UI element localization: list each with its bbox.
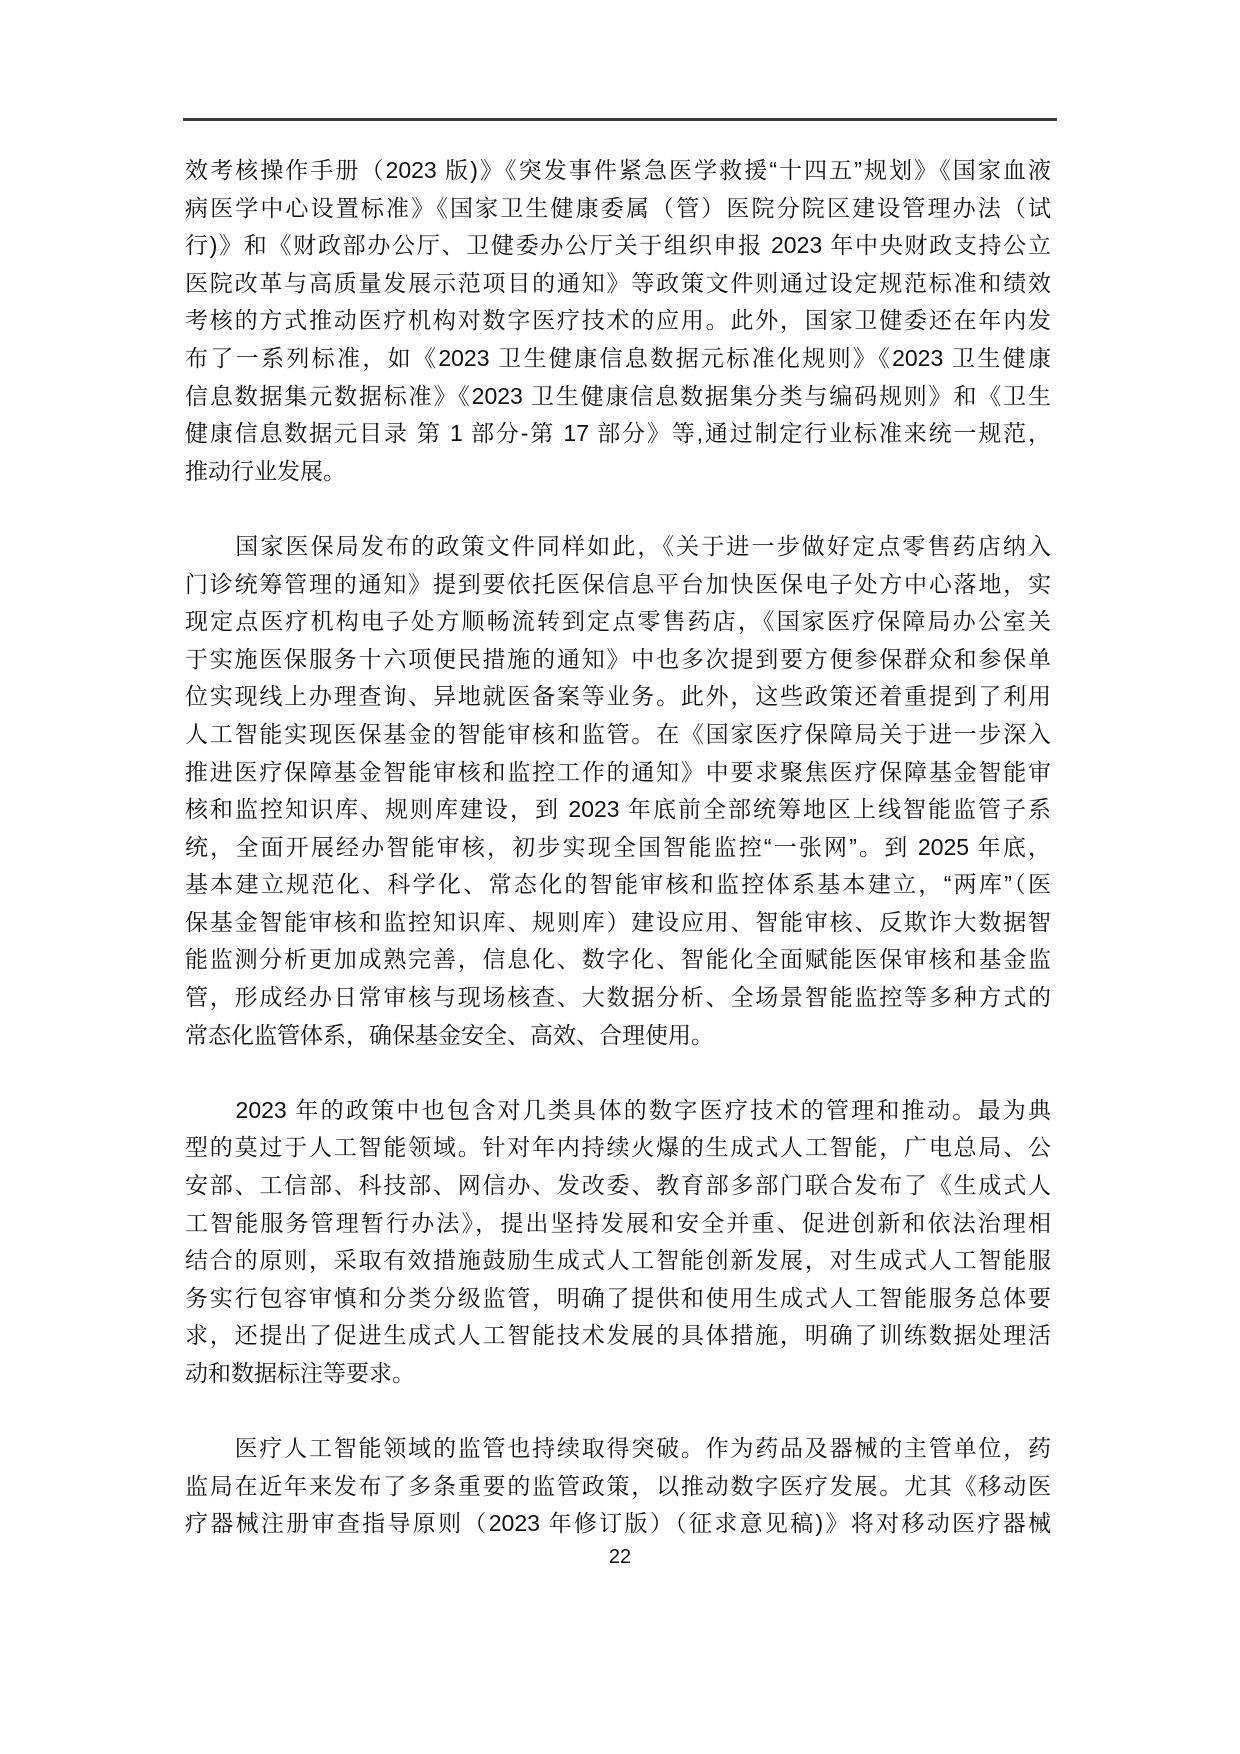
paragraph: 国家医保局发布的政策文件同样如此，《关于进一步做好定点零售药店纳入门诊统筹管理的… — [185, 528, 1051, 1054]
text-line: 健康信息数据元目录 第 1 部分-第 17 部分》等,通过制定行业标准来统一规范… — [185, 415, 1051, 453]
text-line: 人工智能实现医保基金的智能审核和监管。在《国家医疗保障局关于进一步深入 — [185, 716, 1051, 754]
text-line: 2023 年的政策中也包含对几类具体的数字医疗技术的管理和推动。最为典 — [185, 1092, 1051, 1130]
page-number: 22 — [0, 1544, 1240, 1570]
text-line: 疗器械注册审查指导原则（2023 年修订版）（征求意见稿)》将对移动医疗器械 — [185, 1505, 1051, 1543]
text-line: 推进医疗保障基金智能审核和监控工作的通知》中要求聚焦医疗保障基金智能审 — [185, 754, 1051, 792]
text-line: 型的莫过于人工智能领域。针对年内持续火爆的生成式人工智能，广电总局、公 — [185, 1129, 1051, 1167]
header-rule — [183, 118, 1057, 121]
text-line: 医院改革与高质量发展示范项目的通知》等政策文件则通过设定规范标准和绩效 — [185, 265, 1051, 303]
text-line: 常态化监管体系，确保基金安全、高效、合理使用。 — [185, 1017, 1051, 1055]
text-line: 求，还提出了促进生成式人工智能技术发展的具体措施，明确了训练数据处理活 — [185, 1317, 1051, 1355]
paragraph: 医疗人工智能领域的监管也持续取得突破。作为药品及器械的主管单位，药监局在近年来发… — [185, 1430, 1051, 1543]
text-line: 考核的方式推动医疗机构对数字医疗技术的应用。此外，国家卫健委还在年内发 — [185, 302, 1051, 340]
text-line: 门诊统筹管理的通知》提到要依托医保信息平台加快医保电子处方中心落地，实 — [185, 566, 1051, 604]
text-line: 行)》和《财政部办公厅、卫健委办公厅关于组织申报 2023 年中央财政支持公立 — [185, 227, 1051, 265]
paragraph: 效考核操作手册（2023 版)》《突发事件紧急医学救援“十四五”规划》《国家血液… — [185, 152, 1051, 490]
text-line: 工智能服务管理暂行办法》，提出坚持发展和安全并重、促进创新和依法治理相 — [185, 1205, 1051, 1243]
text-line: 基本建立规范化、科学化、常态化的智能审核和监控体系基本建立，“两库”（医 — [185, 866, 1051, 904]
text-line: 病医学中心设置标准》《国家卫生健康委属（管）医院分院区建设管理办法（试 — [185, 190, 1051, 228]
document-page: 效考核操作手册（2023 版)》《突发事件紧急医学救援“十四五”规划》《国家血液… — [0, 0, 1240, 1754]
text-line: 国家医保局发布的政策文件同样如此，《关于进一步做好定点零售药店纳入 — [185, 528, 1051, 566]
text-line: 务实行包容审慎和分类分级监管，明确了提供和使用生成式人工智能服务总体要 — [185, 1280, 1051, 1318]
text-line: 安部、工信部、科技部、网信办、发改委、教育部多部门联合发布了《生成式人 — [185, 1167, 1051, 1205]
text-line: 效考核操作手册（2023 版)》《突发事件紧急医学救援“十四五”规划》《国家血液 — [185, 152, 1051, 190]
text-line: 结合的原则，采取有效措施鼓励生成式人工智能创新发展，对生成式人工智能服 — [185, 1242, 1051, 1280]
text-line: 信息数据集元数据标准》《2023 卫生健康信息数据集分类与编码规则》和《卫生 — [185, 378, 1051, 416]
text-line: 保基金智能审核和监控知识库、规则库）建设应用、智能审核、反欺诈大数据智 — [185, 904, 1051, 942]
text-line: 位实现线上办理查询、异地就医备案等业务。此外，这些政策还着重提到了利用 — [185, 678, 1051, 716]
text-line: 于实施医保服务十六项便民措施的通知》中也多次提到要方便参保群众和参保单 — [185, 641, 1051, 679]
text-line: 推动行业发展。 — [185, 453, 1051, 491]
text-line: 动和数据标注等要求。 — [185, 1355, 1051, 1393]
text-line: 医疗人工智能领域的监管也持续取得突破。作为药品及器械的主管单位，药 — [185, 1430, 1051, 1468]
text-line: 统，全面开展经办智能审核，初步实现全国智能监控“一张网”。到 2025 年底， — [185, 829, 1051, 867]
text-line: 监局在近年来发布了多条重要的监管政策，以推动数字医疗发展。尤其《移动医 — [185, 1468, 1051, 1506]
text-line: 核和监控知识库、规则库建设，到 2023 年底前全部统筹地区上线智能监管子系 — [185, 791, 1051, 829]
document-body: 效考核操作手册（2023 版)》《突发事件紧急医学救援“十四五”规划》《国家血液… — [185, 152, 1051, 1543]
text-line: 现定点医疗机构电子处方顺畅流转到定点零售药店，《国家医疗保障局办公室关 — [185, 603, 1051, 641]
text-line: 能监测分析更加成熟完善，信息化、数字化、智能化全面赋能医保审核和基金监 — [185, 941, 1051, 979]
text-line: 布了一系列标准，如《2023 卫生健康信息数据元标准化规则》《2023 卫生健康 — [185, 340, 1051, 378]
text-line: 管，形成经办日常审核与现场核查、大数据分析、全场景智能监控等多种方式的 — [185, 979, 1051, 1017]
paragraph: 2023 年的政策中也包含对几类具体的数字医疗技术的管理和推动。最为典型的莫过于… — [185, 1092, 1051, 1393]
